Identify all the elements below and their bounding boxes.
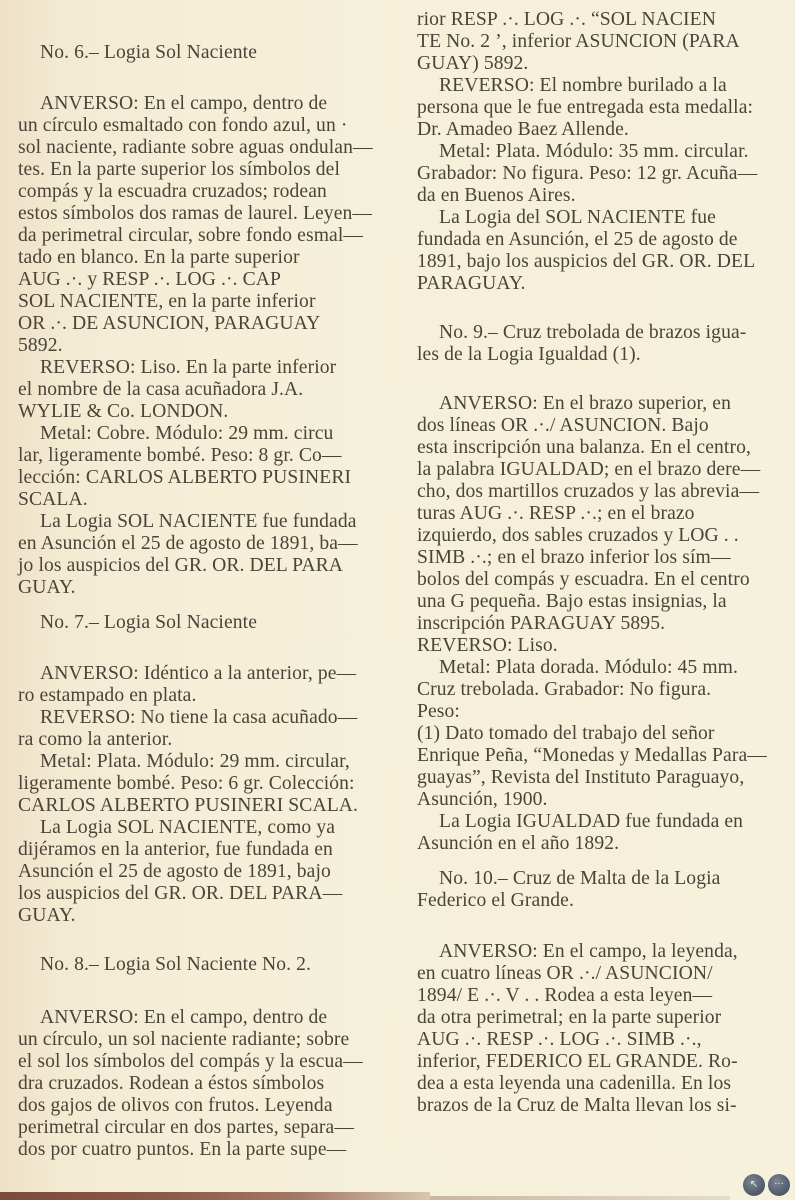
text-line: el sol los símbolos del compás y la escu… xyxy=(18,1051,363,1073)
text-line: Peso: xyxy=(417,701,460,723)
text-line: TE No. 2 ’, inferior ASUNCION (PARA xyxy=(417,31,740,53)
text-line: perimetral circular en dos partes, separ… xyxy=(18,1117,354,1139)
text-line: Federico el Grande. xyxy=(417,890,574,912)
text-line: ro estampado en plata. xyxy=(18,685,196,707)
text-line: REVERSO: Liso. En la parte inferior xyxy=(18,357,336,379)
text-line: la palabra IGUALDAD; en el brazo dere— xyxy=(417,459,760,481)
text-line: jo los auspicios del GR. OR. DEL PARA xyxy=(18,555,343,577)
text-line: ANVERSO: En el brazo superior, en xyxy=(417,393,731,415)
text-line: dra cruzados. Rodean a éstos símbolos xyxy=(18,1073,324,1095)
text-line: Asunción, 1900. xyxy=(417,789,548,811)
text-line: en cuatro líneas OR .·./ ASUNCION/ xyxy=(417,963,713,985)
text-line: Asunción el 25 de agosto de 1891, bajo xyxy=(18,861,331,883)
text-line: SOL NACIENTE, en la parte inferior xyxy=(18,291,316,313)
text-line: Dr. Amadeo Baez Allende. xyxy=(417,119,629,141)
text-line: GUAY. xyxy=(18,577,76,599)
text-line: OR .·. DE ASUNCION, PARAGUAY xyxy=(18,313,320,335)
text-line: REVERSO: El nombre burilado a la xyxy=(417,75,727,97)
text-line: un círculo, un sol naciente radiante; so… xyxy=(18,1029,349,1051)
text-line: sol naciente, radiante sobre aguas ondul… xyxy=(18,137,373,159)
text-line: La Logia del SOL NACIENTE fue xyxy=(417,207,716,229)
text-line: GUAY) 5892. xyxy=(417,53,528,75)
text-line: una G pequeña. Bajo estas insignias, la xyxy=(417,591,727,613)
text-line: da perimetral circular, sobre fondo esma… xyxy=(18,225,363,247)
text-line: La Logia IGUALDAD fue fundada en xyxy=(417,811,743,833)
text-line: CARLOS ALBERTO PUSINERI SCALA. xyxy=(18,795,358,817)
text-line: lar, ligeramente bombé. Peso: 8 gr. Co— xyxy=(18,445,342,467)
text-line: izquierdo, dos sables cruzados y LOG . . xyxy=(417,525,739,547)
text-line: REVERSO: Liso. xyxy=(417,635,558,657)
text-line: REVERSO: No tiene la casa acuñado— xyxy=(18,707,357,729)
text-line: WYLIE & Co. LONDON. xyxy=(18,401,228,423)
text-line: lección: CARLOS ALBERTO PUSINERI xyxy=(18,467,351,489)
section-heading: No. 8.– Logia Sol Naciente No. 2. xyxy=(18,954,311,976)
more-icon: ··· xyxy=(774,1179,784,1190)
text-line: inscripción PARAGUAY 5895. xyxy=(417,613,665,635)
text-line: un círculo esmaltado con fondo azul, un … xyxy=(18,115,347,137)
page-bottom-edge-fade xyxy=(430,1196,730,1200)
text-line: tado en blanco. En la parte superior xyxy=(18,247,300,269)
text-line: Enrique Peña, “Monedas y Medallas Para— xyxy=(417,745,767,767)
text-line: el nombre de la casa acuñadora J.A. xyxy=(18,379,303,401)
text-line: Grabador: No figura. Peso: 12 gr. Acuña— xyxy=(417,163,757,185)
text-line: los auspicios del GR. OR. DEL PARA— xyxy=(18,883,342,905)
text-line: cho, dos martillos cruzados y las abrevi… xyxy=(417,481,759,503)
text-line: les de la Logia Igualdad (1). xyxy=(417,344,641,366)
text-line: Metal: Cobre. Módulo: 29 mm. circu xyxy=(18,423,333,445)
text-line: SIMB .·.; en el brazo inferior los sím— xyxy=(417,547,731,569)
text-line: turas AUG .·. RESP .·.; en el brazo xyxy=(417,503,695,525)
text-line: Cruz trebolada. Grabador: No figura. xyxy=(417,679,711,701)
text-line: ANVERSO: En el campo, dentro de xyxy=(18,1007,327,1029)
text-line: 5892. xyxy=(18,335,63,357)
text-line: AUG .·. RESP .·. LOG .·. SIMB .·., xyxy=(417,1029,702,1051)
text-line: ANVERSO: En el campo, la leyenda, xyxy=(417,941,738,963)
text-line: La Logia SOL NACIENTE, como ya xyxy=(18,817,335,839)
text-line: 1891, bajo los auspicios del GR. OR. DEL xyxy=(417,251,755,273)
scanned-page: No. 6.– Logia Sol NacienteANVERSO: En el… xyxy=(0,0,795,1200)
text-line: Metal: Plata. Módulo: 35 mm. circular. xyxy=(417,141,749,163)
text-line: AUG .·. y RESP .·. LOG .·. CAP xyxy=(18,269,281,291)
text-line: rior RESP .·. LOG .·. “SOL NACIEN xyxy=(417,9,716,31)
text-line: dos líneas OR .·./ ASUNCION. Bajo xyxy=(417,415,709,437)
text-line: 1894/ E .·. V . . Rodea a esta leyen— xyxy=(417,985,712,1007)
text-line: dea a esta leyenda una cadenilla. En los xyxy=(417,1073,731,1095)
text-line: Metal: Plata dorada. Módulo: 45 mm. xyxy=(417,657,738,679)
section-heading: No. 6.– Logia Sol Naciente xyxy=(18,42,257,64)
page-bottom-edge xyxy=(0,1192,430,1200)
text-line: inferior, FEDERICO EL GRANDE. Ro- xyxy=(417,1051,738,1073)
text-line: ra como la anterior. xyxy=(18,729,172,751)
text-line: ANVERSO: Idéntico a la anterior, pe— xyxy=(18,663,356,685)
text-line: estos símbolos dos ramas de laurel. Leye… xyxy=(18,203,372,225)
text-line: Metal: Plata. Módulo: 29 mm. circular, xyxy=(18,751,350,773)
text-line: PARAGUAY. xyxy=(417,273,526,295)
text-line: guayas”, Revista del Instituto Paraguayo… xyxy=(417,767,744,789)
text-line: fundada en Asunción, el 25 de agosto de xyxy=(417,229,738,251)
text-line: dijéramos en la anterior, fue fundada en xyxy=(18,839,333,861)
text-line: bolos del compás y escuadra. En el centr… xyxy=(417,569,750,591)
text-line: (1) Dato tomado del trabajo del señor xyxy=(417,723,715,745)
viewer-more-button[interactable]: ··· xyxy=(768,1174,790,1196)
section-heading: No. 7.– Logia Sol Naciente xyxy=(18,612,257,634)
text-line: en Asunción el 25 de agosto de 1891, ba— xyxy=(18,533,358,555)
text-line: dos por cuatro puntos. En la parte supe— xyxy=(18,1139,346,1161)
text-line: ANVERSO: En el campo, dentro de xyxy=(18,93,327,115)
section-heading: No. 10.– Cruz de Malta de la Logia xyxy=(417,868,720,890)
text-line: SCALA. xyxy=(18,489,88,511)
text-line: brazos de la Cruz de Malta llevan los si… xyxy=(417,1095,737,1117)
text-line: ligeramente bombé. Peso: 6 gr. Colección… xyxy=(18,773,355,795)
text-line: da otra perimetral; en la parte superior xyxy=(417,1007,721,1029)
text-line: Asunción en el año 1892. xyxy=(417,833,619,855)
section-heading: No. 9.– Cruz trebolada de brazos igua- xyxy=(417,322,746,344)
text-line: GUAY. xyxy=(18,905,76,927)
viewer-tool-button[interactable]: ↖ xyxy=(743,1174,765,1196)
text-line: esta inscripción una balanza. En el cent… xyxy=(417,437,751,459)
text-line: persona que le fue entregada esta medall… xyxy=(417,97,753,119)
text-line: La Logia SOL NACIENTE fue fundada xyxy=(18,511,357,533)
text-line: dos gajos de olivos con frutos. Leyenda xyxy=(18,1095,333,1117)
text-line: compás y la escuadra cruzados; rodean xyxy=(18,181,327,203)
text-line: da en Buenos Aires. xyxy=(417,185,576,207)
text-line: tes. En la parte superior los símbolos d… xyxy=(18,159,340,181)
wrench-icon: ↖ xyxy=(750,1179,758,1190)
